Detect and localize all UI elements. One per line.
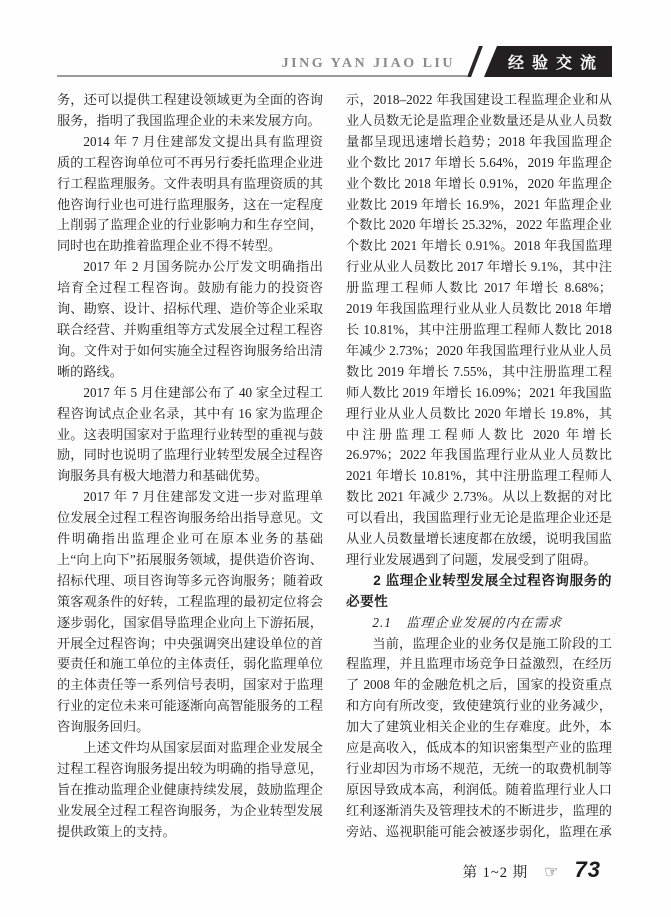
page-number: 73 xyxy=(575,857,601,883)
paragraph: 示，2018–2022 年我国建设工程监理企业和从业人员数无论是监理企业数量还是… xyxy=(346,90,612,571)
paragraph: 2017 年 7 月住建部发文进一步对监理单位发展全过程工程咨询服务给出指导意见… xyxy=(57,487,323,738)
paragraph: 务，还可以提供工程建设领域更为全面的咨询服务，指明了我国监理企业的未来发展方向。 xyxy=(57,90,323,132)
badge-slash-decoration xyxy=(467,46,483,77)
journal-page: JING YAN JIAO LIU 经验交流 务，还可以提供工程建设领域更为全面… xyxy=(0,0,671,917)
article-body: 务，还可以提供工程建设领域更为全面的咨询服务，指明了我国监理企业的未来发展方向。… xyxy=(57,90,612,843)
column-badge: 经验交流 xyxy=(484,46,612,77)
header-rule: JING YAN JIAO LIU xyxy=(57,46,467,77)
page-header: JING YAN JIAO LIU 经验交流 xyxy=(57,46,612,77)
issue-label: 第 1~2 期 xyxy=(463,861,529,882)
pointing-hand-icon: ☞ xyxy=(544,862,558,882)
paragraph: 当前，监理企业的业务仅是施工阶段的工程监理，并且监理市场竞争日益激烈，在经历了 … xyxy=(346,634,612,843)
paragraph: 2014 年 7 月住建部发文提出具有监理资质的工程咨询单位可不再另行委托监理企… xyxy=(57,132,323,257)
right-column: 示，2018–2022 年我国建设工程监理企业和从业人员数无论是监理企业数量还是… xyxy=(346,90,612,843)
journal-name-pinyin: JING YAN JIAO LIU xyxy=(282,56,467,75)
left-column: 务，还可以提供工程建设领域更为全面的咨询服务，指明了我国监理企业的未来发展方向。… xyxy=(57,90,323,843)
section-heading-2: 2 监理企业转型发展全过程咨询服务的必要性 xyxy=(346,571,612,613)
paragraph: 2017 年 5 月住建部公布了 40 家全过程工程咨询试点企业名录，其中有 1… xyxy=(57,383,323,488)
paragraph: 2017 年 2 月国务院办公厅发文明确指出培育全过程工程咨询。鼓励有能力的投资… xyxy=(57,257,323,382)
page-footer: 第 1~2 期 ☞ 73 xyxy=(463,857,601,883)
subsection-heading-2-1: 2.1 监理企业发展的内在需求 xyxy=(346,613,612,634)
paragraph: 上述文件均从国家层面对监理企业发展全过程工程咨询服务提出较为明确的指导意见，旨在… xyxy=(57,738,323,843)
